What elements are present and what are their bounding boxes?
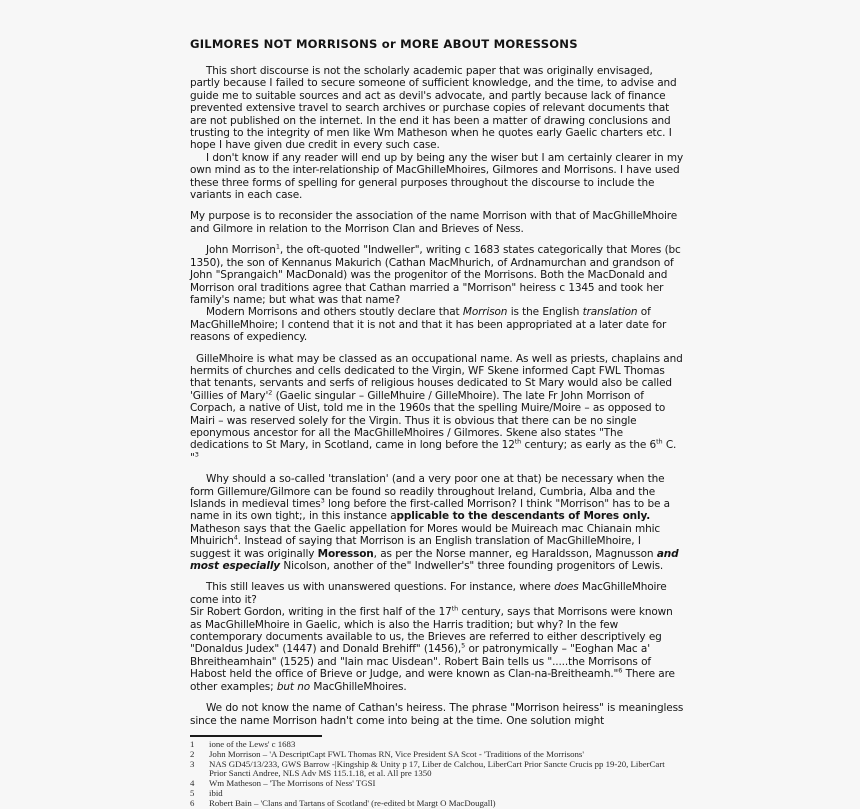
text-run: , as per the Norse manner, eg Haraldsson… [374, 548, 657, 560]
paragraph: I don't know if any reader will end up b… [190, 152, 684, 202]
text-run: I don't know if any reader will end up b… [190, 152, 683, 201]
paragraph: My purpose is to reconsider the associat… [190, 210, 684, 235]
text-run: but no [277, 681, 310, 693]
text-run: Moresson [318, 548, 374, 560]
footnote-separator [190, 735, 322, 737]
text-run: MacGhilleMhoires. [310, 681, 407, 693]
footnote-text: Wm Matheson – 'The Morrisons of Ness' TG… [209, 779, 684, 789]
paragraph: Why should a so-called 'translation' (an… [190, 473, 684, 572]
text-run: century; as early as the 6 [521, 439, 656, 451]
text-run: This short discourse is not the scholarl… [190, 65, 677, 151]
text-run: We do not know the name of Cathan's heir… [190, 702, 683, 726]
paragraph: We do not know the name of Cathan's heir… [190, 702, 684, 727]
text-run: John Morrison [206, 244, 276, 256]
paragraph: This still leaves us with unanswered que… [190, 581, 684, 606]
footnote-text: Robert Bain – 'Clans and Tartans of Scot… [209, 799, 684, 809]
paragraph: Sir Robert Gordon, writing in the first … [190, 606, 684, 693]
text-run: My purpose is to reconsider the associat… [190, 210, 677, 234]
footnote: 4Wm Matheson – 'The Morrisons of Ness' T… [190, 779, 684, 789]
footnote-text: NAS GD45/13/233, GWS Barrow -|Kingship &… [209, 760, 684, 780]
footnote: 6Robert Bain – 'Clans and Tartans of Sco… [190, 799, 684, 809]
page-title: GILMORES NOT MORRISONS or MORE ABOUT MOR… [190, 38, 684, 51]
text-run: Morrison [463, 306, 507, 318]
footnote-number: 3 [190, 760, 209, 780]
document-content: GILMORES NOT MORRISONS or MORE ABOUT MOR… [190, 38, 684, 808]
text-run: is the English [507, 306, 582, 318]
text-run: pplicable to the descendants of Mores on… [397, 510, 651, 522]
footnote-list: 1ione of the Lews' c 16832John Morrison … [190, 740, 684, 809]
text-run: Modern Morrisons and others stoutly decl… [206, 306, 463, 318]
footnote: 3NAS GD45/13/233, GWS Barrow -|Kingship … [190, 760, 684, 780]
footnote-number: 6 [190, 799, 209, 809]
text-run: Sir Robert Gordon, writing in the first … [190, 606, 452, 618]
paragraph: This short discourse is not the scholarl… [190, 65, 684, 152]
paragraph: GilleMhoire is what may be classed as an… [190, 353, 684, 465]
paragraph: Modern Morrisons and others stoutly decl… [190, 306, 684, 343]
text-run: This still leaves us with unanswered que… [206, 581, 554, 593]
text-run: Nicolson, another of the" Indweller's" t… [280, 560, 663, 572]
paragraph: John Morrison1, the oft-quoted "Indwelle… [190, 244, 684, 306]
text-run: does [554, 581, 578, 593]
document-body: This short discourse is not the scholarl… [190, 65, 684, 727]
text-run: translation [583, 306, 638, 318]
document-page: GILMORES NOT MORRISONS or MORE ABOUT MOR… [0, 0, 860, 809]
footnote-marker: 3 [195, 450, 199, 458]
